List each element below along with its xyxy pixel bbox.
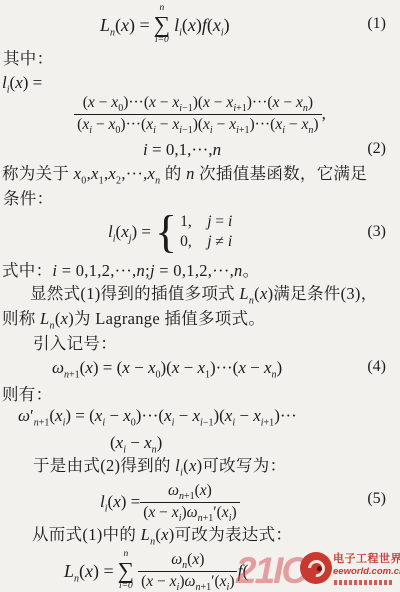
equation-number-4: (4) xyxy=(367,358,386,376)
obvious-statement-text: 显然式(1)得到的插值多项式 Ln(x)满足条件(3)， xyxy=(30,284,378,305)
summation-symbol: n ∑ i=0 xyxy=(154,4,170,46)
where-label: 其中： xyxy=(3,49,53,70)
fraction-denominator: (x − xi)ωn+1′(xi) xyxy=(138,571,237,592)
trailing-comma: , xyxy=(322,103,326,124)
lagrange-statement-text: 则称 Ln(x)为 Lagrange 插值多项式。 xyxy=(2,309,265,330)
fraction: ωn(x) (x − xi)ωn+1′(xi) xyxy=(138,550,237,592)
eq1-rhs: li(x)f(xi) xyxy=(174,14,230,37)
eeworld-logo-icon xyxy=(300,552,332,584)
fraction-numerator: ωn(x) xyxy=(138,550,237,571)
fraction: (x − x0)···(x − xi−1)(x − xi+1)···(x − x… xyxy=(74,93,321,135)
watermark-site-url: eeworld.com.cn xyxy=(333,566,400,578)
eq6-lhs: Ln(x) = xyxy=(64,560,114,583)
equation-2-index-line: i = 0,1,···,n xyxy=(143,139,221,160)
fraction-denominator: (x − xi)ωn+1′(xi) xyxy=(140,502,239,524)
case-row-1: 1, j = i xyxy=(180,212,232,232)
eq5-lhs: li(x) = xyxy=(100,491,140,512)
sum-lower-limit: i=0 xyxy=(155,36,169,46)
omega-prime-line-2: (xi − xn) xyxy=(110,432,162,453)
notation-label: 引入记号： xyxy=(33,334,117,355)
omega-prime-line-1: ω′n+1(xi) = (xi − x0)···(xi − xi−1)(xi −… xyxy=(18,405,297,426)
case-definition: { 1, j = i 0, j ≠ i xyxy=(151,212,232,252)
equation-final: Ln(x) = n ∑ i=0 ωn(x) (x − xi)ωn+1′(xi) … xyxy=(64,549,249,592)
fraction: ωn+1(x) (x − xi)ωn+1′(xi) xyxy=(140,481,239,523)
thus-statement-text: 从而式(1)中的 Ln(x)可改为表达式： xyxy=(32,525,292,546)
eq6-tail: f( xyxy=(237,560,248,583)
left-brace: { xyxy=(155,212,177,252)
summation-symbol: n ∑ i=0 xyxy=(118,550,134,592)
case-row-2: 0, j ≠ i xyxy=(180,232,232,252)
equation-number-1: (1) xyxy=(367,15,386,33)
equation-2-fraction: (x − x0)···(x − xi−1)(x − xi+1)···(x − x… xyxy=(0,93,400,135)
logo-swirl-icon xyxy=(304,556,328,580)
document-page: Ln(x) = n ∑ i=0 li(x)f(xi) (1) 其中： li(x)… xyxy=(0,0,400,592)
equation-3: li(xj) = { 1, j = i 0, j ≠ i xyxy=(108,209,232,255)
eq3-lhs: li(xj) = xyxy=(108,221,151,242)
index-range-text: 式中：i = 0,1,2,···,n;j = 0,1,2,···,n。 xyxy=(2,261,259,282)
condition-label: 条件： xyxy=(3,189,53,210)
rewrite-statement-text: 于是由式(2)得到的 li(x)可改写为： xyxy=(33,456,286,477)
fraction-denominator: (xi − x0)···(xi − xi−1)(xi − xi+1)···(xi… xyxy=(74,114,321,136)
equation-5: li(x) = ωn+1(x) (x − xi)ωn+1′(xi) xyxy=(100,484,240,520)
equation-4: ωn+1(x) = (x − x0)(x − x1)···(x − xn) xyxy=(52,357,282,378)
case-rows: 1, j = i 0, j ≠ i xyxy=(180,212,232,252)
logo-dot xyxy=(315,565,322,572)
sigma-glyph: ∑ xyxy=(118,560,134,582)
equation-1: Ln(x) = n ∑ i=0 li(x)f(xi) xyxy=(100,8,230,42)
fraction-numerator: (x − x0)···(x − xi−1)(x − xi+1)···(x − x… xyxy=(74,93,321,114)
eq1-lhs: Ln(x) = xyxy=(100,14,150,37)
li-definition-lhs: li(x) = xyxy=(2,72,42,93)
fraction-numerator: ωn+1(x) xyxy=(140,481,239,502)
then-label: 则有： xyxy=(2,385,52,406)
basis-function-text: 称为关于 x0,x1,x2,···,xn 的 n 次插值基函数，它满足 xyxy=(2,164,367,185)
sigma-glyph: ∑ xyxy=(154,14,170,36)
equation-number-5: (5) xyxy=(367,490,386,508)
watermark-brand-text: 电子工程世界 xyxy=(333,553,400,567)
equation-number-2: (2) xyxy=(367,140,386,158)
sum-lower-limit: i=0 xyxy=(119,582,133,592)
watermark-fineprint xyxy=(334,580,394,585)
equation-number-3: (3) xyxy=(367,223,386,241)
